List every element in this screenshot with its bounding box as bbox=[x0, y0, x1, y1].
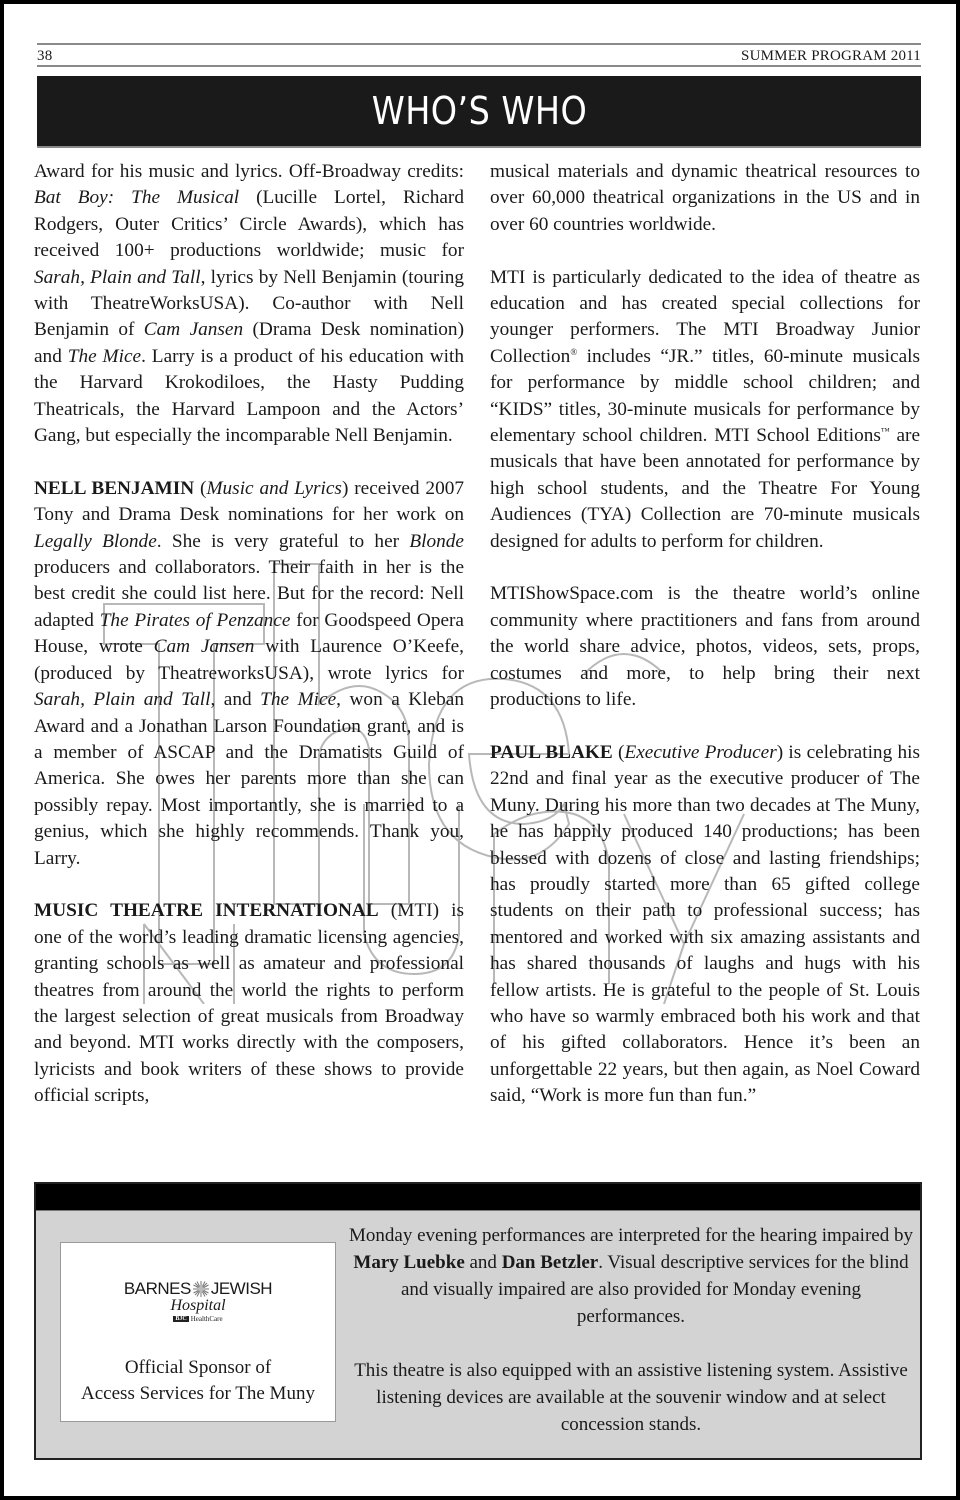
paul-blake-bio: PAUL BLAKE (Executive Producer) is celeb… bbox=[490, 740, 920, 1110]
sponsor-line-2: Access Services for The Muny bbox=[61, 1381, 335, 1407]
assistive-listening-notice: This theatre is also equipped with an as… bbox=[348, 1357, 914, 1438]
sunburst-icon bbox=[193, 1281, 209, 1297]
access-services-text: Monday evening performances are interpre… bbox=[348, 1222, 914, 1465]
logo-text-right: JEWISH bbox=[211, 1279, 272, 1299]
sponsor-line-1: Official Sponsor of bbox=[61, 1355, 335, 1381]
access-box-header-bar bbox=[36, 1184, 920, 1211]
section-title: WHO’S WHO bbox=[371, 89, 587, 133]
sponsor-caption: Official Sponsor of Access Services for … bbox=[61, 1355, 335, 1407]
program-page: 38 SUMMER PROGRAM 2011 WHO’S WHO Award f… bbox=[4, 4, 956, 1496]
header-rule-bottom bbox=[37, 65, 921, 67]
barnes-jewish-logo: BARNES JEWISH bbox=[61, 1279, 335, 1345]
interpretation-notice: Monday evening performances are interpre… bbox=[348, 1222, 914, 1330]
section-banner: WHO’S WHO bbox=[37, 76, 921, 148]
publication-title: SUMMER PROGRAM 2011 bbox=[741, 48, 921, 65]
mti-showspace-paragraph: MTIShowSpace.com is the theatre world’s … bbox=[490, 581, 920, 713]
mti-bio: MUSIC THEATRE INTERNATIONAL (MTI) is one… bbox=[34, 898, 464, 1109]
left-column: Award for his music and lyrics. Off-Broa… bbox=[34, 159, 464, 1110]
sponsor-card: BARNES JEWISH bbox=[60, 1242, 336, 1422]
access-services-box: BARNES JEWISH bbox=[34, 1182, 922, 1460]
page-number: 38 bbox=[37, 48, 52, 65]
mti-education-paragraph: MTI is particularly dedicated to the ide… bbox=[490, 265, 920, 555]
larry-bio-continued: Award for his music and lyrics. Off-Broa… bbox=[34, 159, 464, 449]
logo-text-left: BARNES bbox=[124, 1279, 191, 1299]
mti-bio-continued: musical materials and dynamic theatrical… bbox=[490, 159, 920, 238]
healthcare-label: HealthCare bbox=[191, 1315, 223, 1323]
logo-subtitle: Hospital bbox=[61, 1298, 335, 1314]
bjc-badge: BJC bbox=[173, 1316, 188, 1322]
header-rule-top bbox=[37, 43, 921, 45]
nell-benjamin-bio: NELL BENJAMIN (Music and Lyrics) receive… bbox=[34, 476, 464, 872]
right-column: musical materials and dynamic theatrical… bbox=[490, 159, 920, 1110]
